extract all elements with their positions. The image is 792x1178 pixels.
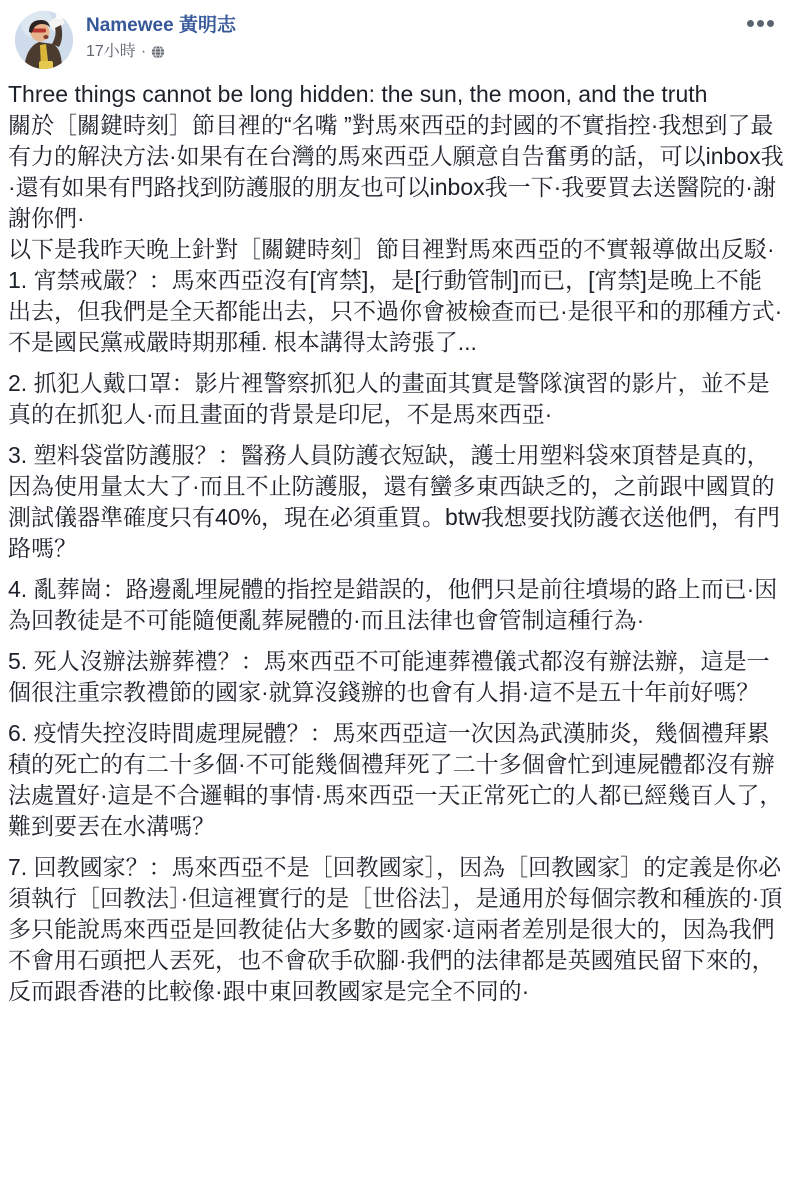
post-paragraph: 4. 亂葬崗：路邊亂埋屍體的指控是錯誤的，他們只是前往墳場的路上而已·因為回教徒… [8,574,784,636]
post-header: Namewee 黃明志 17小時 · [0,0,792,71]
globe-icon [151,45,165,59]
author-name[interactable]: Namewee 黃明志 [86,14,236,38]
post-paragraph: Three things cannot be long hidden: the … [8,79,784,358]
meta-separator: · [141,42,146,61]
post-paragraph: 6. 疫情失控沒時間處理屍體？：馬來西亞這一次因為武漢肺炎，幾個禮拜累積的死亡的… [8,718,784,842]
post-content: Three things cannot be long hidden: the … [0,71,792,1013]
avatar[interactable] [15,11,73,69]
avatar-image [15,11,73,69]
post-paragraph: 3. 塑料袋當防護服？：醫務人員防護衣短缺，護士用塑料袋來頂替是真的，因為使用量… [8,440,784,564]
post-paragraph: 7. 回教國家？：馬來西亞不是［回教國家］，因為［回教國家］的定義是你必須執行［… [8,852,784,1007]
post-paragraph: 5. 死人沒辦法辦葬禮？：馬來西亞不可能連葬禮儀式都沒有辦法辦，這是一個很注重宗… [8,646,784,708]
header-text: Namewee 黃明志 17小時 · [86,11,236,61]
timestamp[interactable]: 17小時 [86,42,136,61]
post-meta: 17小時 · [86,42,236,61]
more-options-button[interactable] [745,14,776,33]
ellipsis-icon [747,20,754,27]
post-paragraph: 2. 抓犯人戴口罩：影片裡警察抓犯人的畫面其實是警隊演習的影片，並不是真的在抓犯… [8,368,784,430]
facebook-post: Namewee 黃明志 17小時 · [0,0,792,1013]
